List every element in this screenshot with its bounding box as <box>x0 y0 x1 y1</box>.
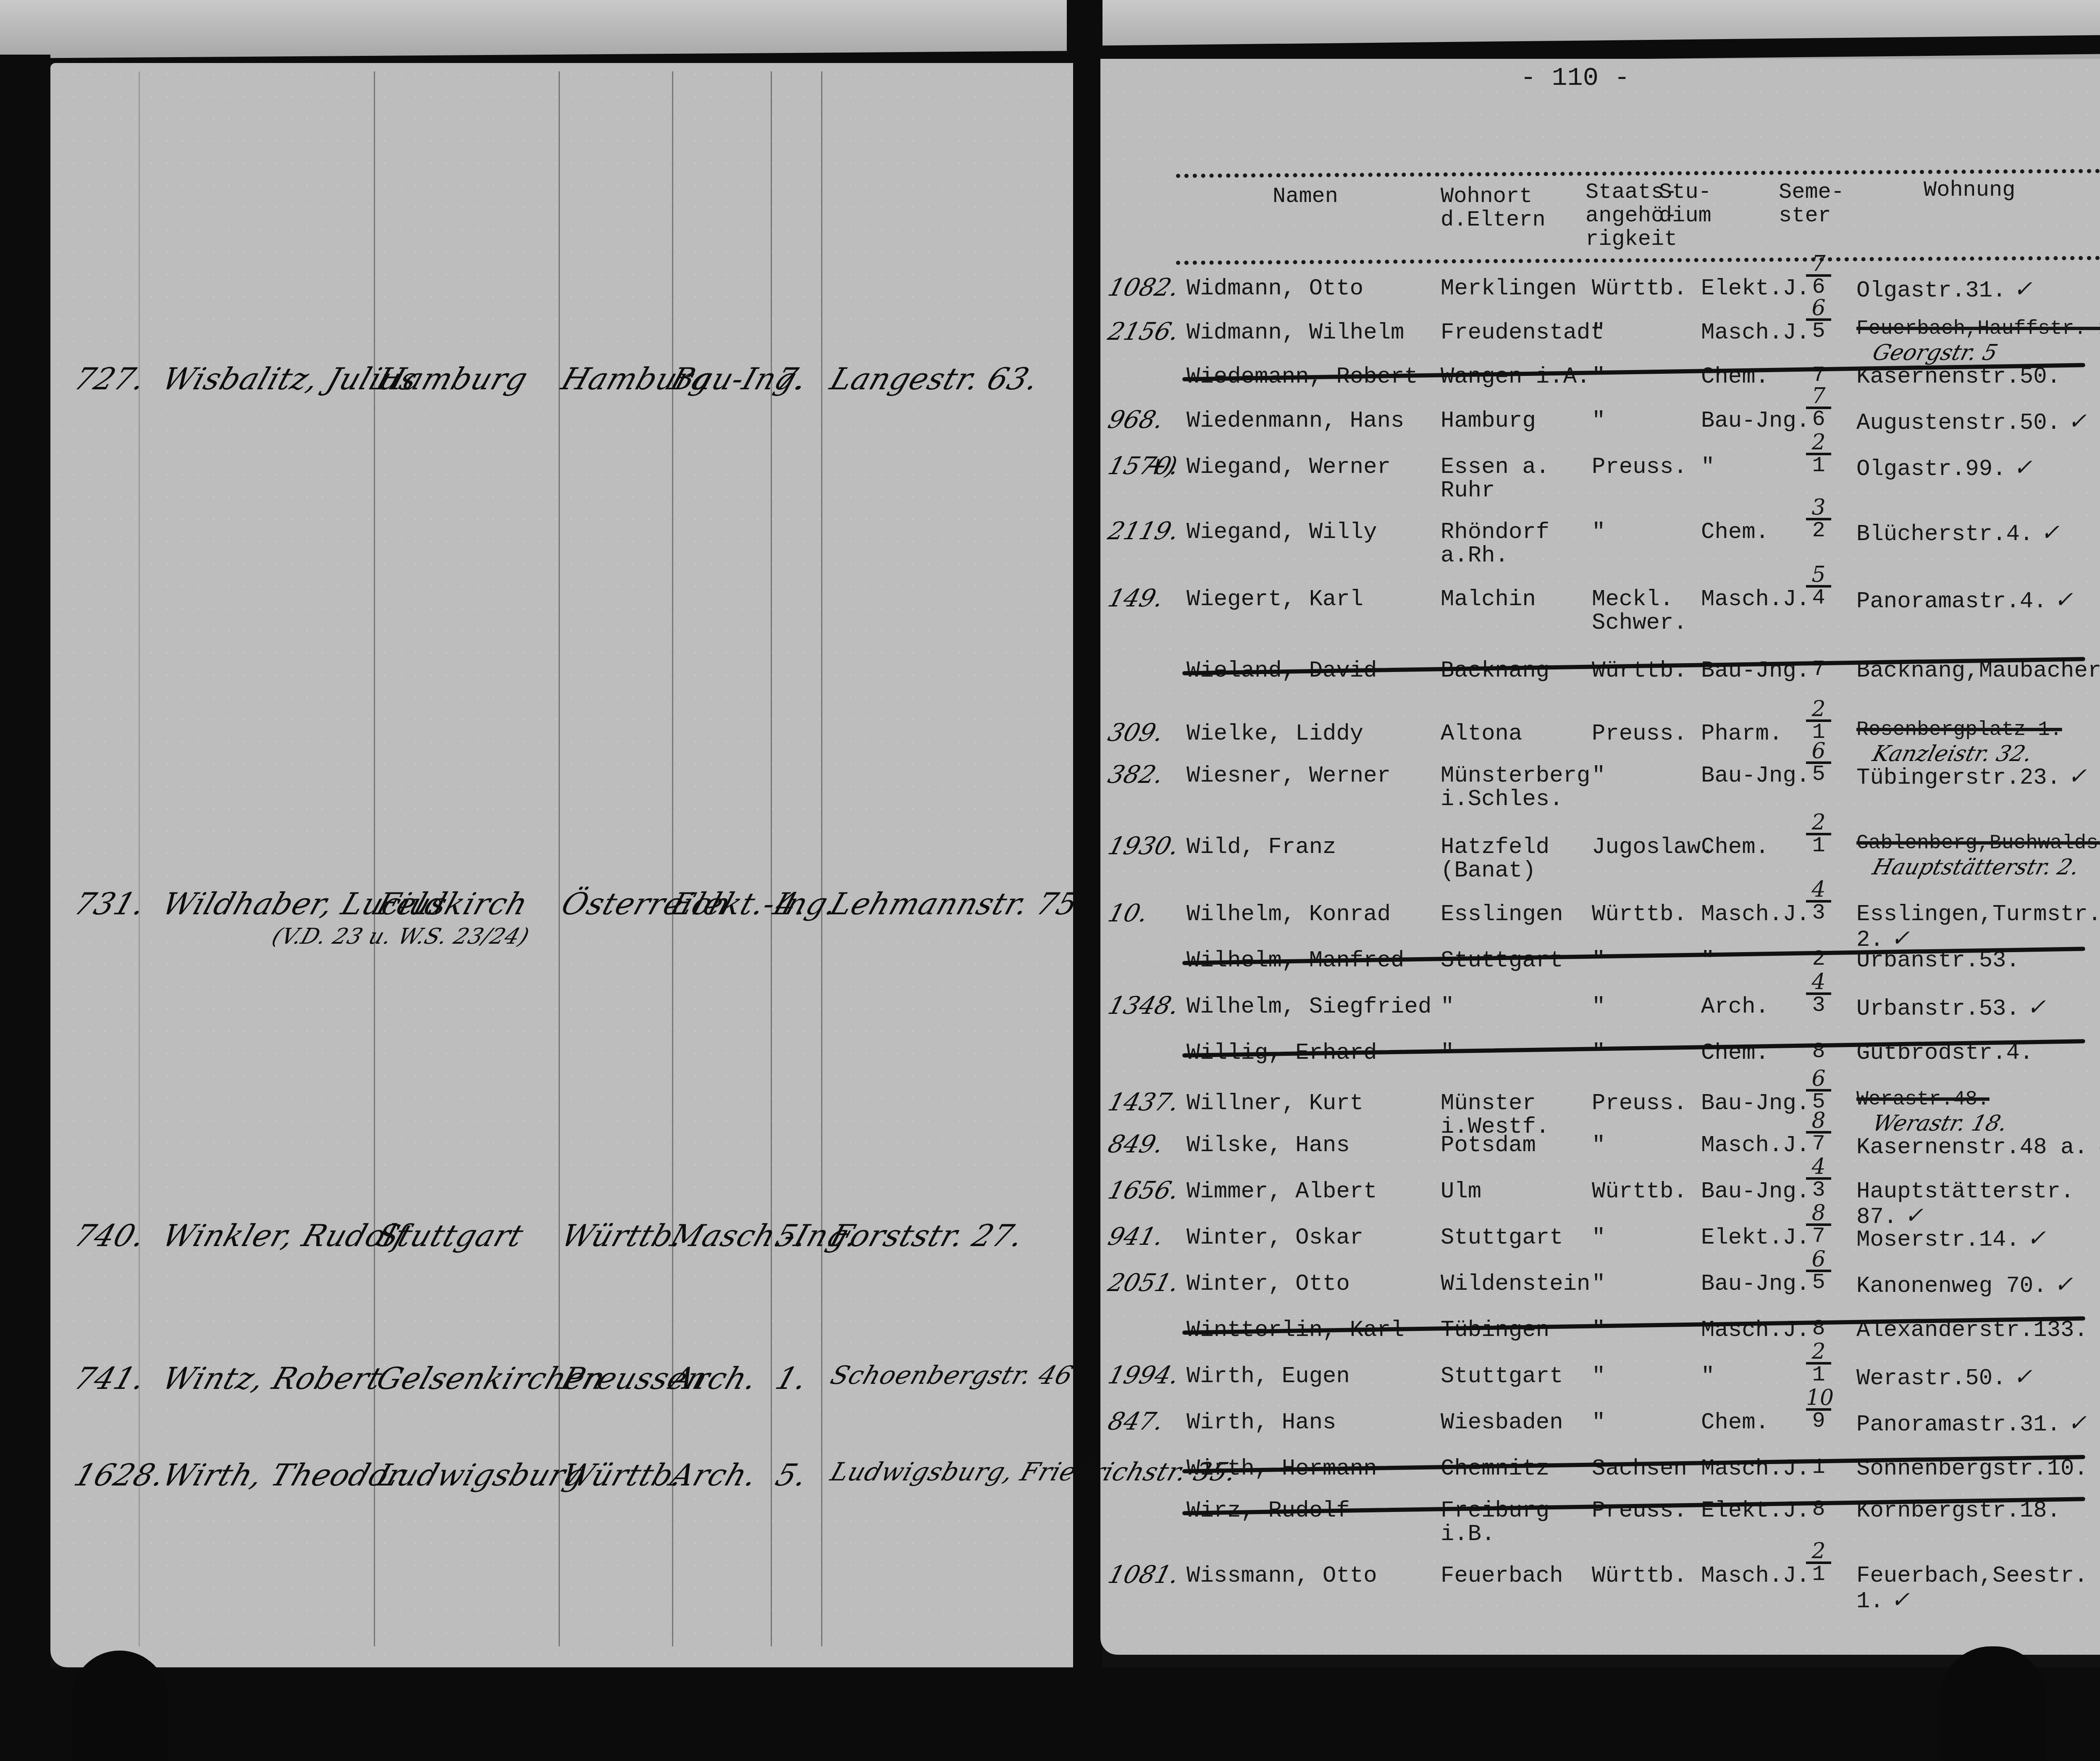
handwritten-name: Wirth, Theodor <box>158 1457 409 1493</box>
student-name: Wirth, Eugen <box>1186 1365 1350 1388</box>
student-name: Winter, Otto <box>1186 1273 1350 1296</box>
column-rule <box>139 71 140 1646</box>
semester-current: 8 <box>1806 1111 1831 1130</box>
citizenship: Meckl. Schwer. <box>1592 588 1687 635</box>
semester-current <box>1806 1018 1831 1038</box>
student-name: Wimmer, Albert <box>1186 1180 1377 1204</box>
thumb-right <box>1940 1646 2045 1761</box>
handwritten-origin: Feldkirch <box>372 886 533 921</box>
student-name: Wiesner, Werner <box>1186 764 1391 788</box>
student-name: Widmann, Wilhelm <box>1186 321 1404 345</box>
handwritten-residence: Lehmannstr. 75 <box>826 886 1083 921</box>
parents-residence: Rhöndorf a.Rh. <box>1441 521 1549 568</box>
semester-count: 21 <box>1806 1342 1831 1385</box>
semester-count: 43 <box>1806 880 1831 923</box>
residence: Panoramastr.4. ✓ <box>1856 588 2073 614</box>
parents-residence: Münster i.Westf. <box>1441 1092 1549 1139</box>
matriculation-number: 2051. <box>1105 1268 1182 1297</box>
field-of-study: Bau-Jng. <box>1701 764 1810 788</box>
citizenship: Jugoslaw. <box>1592 836 1714 859</box>
handwritten-note: (V.D. 23 u. W.S. 23/24) <box>269 924 533 949</box>
matriculation-number: 1348. <box>1105 991 1182 1020</box>
citizenship: " <box>1592 995 1605 1019</box>
student-name: Winter, Oskar <box>1186 1226 1363 1250</box>
semester-previous: 8 <box>1812 1039 1825 1064</box>
matriculation-number: 968. <box>1105 405 1167 434</box>
handwritten-no: 731. <box>70 886 150 921</box>
parents-residence: Chemnitz <box>1441 1457 1549 1481</box>
field-of-study: Bau-Jng. <box>1701 1273 1810 1296</box>
semester-current: 2 <box>1806 1342 1831 1361</box>
matriculation-number: 1930. <box>1105 832 1182 860</box>
semester-current: 7 <box>1806 386 1831 406</box>
semester-current <box>1806 1476 1831 1496</box>
student-name: Wild, Franz <box>1186 836 1336 859</box>
column-rule <box>821 71 822 1646</box>
semester-count: 1 <box>1806 1434 1831 1477</box>
semester-count: 7 <box>1806 636 1831 679</box>
semester-count: 32 <box>1806 498 1831 541</box>
residence: Hauptstätterstr. 87. ✓ <box>1856 1180 2074 1229</box>
matriculation-number: 309. <box>1105 718 1167 747</box>
semester-count: 109 <box>1806 1388 1831 1431</box>
semester-current: 3 <box>1806 498 1831 517</box>
parents-residence: Stuttgart <box>1441 949 1563 973</box>
parents-residence: Wangen i.A. <box>1441 365 1590 389</box>
matriculation-number: 1994. <box>1105 1361 1182 1389</box>
citizenship: Württb. <box>1592 903 1687 926</box>
previous-residence: Feuerbach,Hauffstr. 14. <box>1856 317 2100 341</box>
field-of-study: " <box>1701 456 1714 479</box>
residence: Kanonenweg 70. ✓ <box>1856 1273 2073 1298</box>
matriculation-number: 1656. <box>1105 1176 1182 1205</box>
matriculation-number: 849. <box>1105 1130 1167 1158</box>
semester-current: 6 <box>1806 741 1831 761</box>
verified-check-icon: ✓ <box>2088 1132 2100 1159</box>
citizenship: " <box>1592 1042 1605 1065</box>
handwritten-origin: Hamburg <box>372 361 532 396</box>
parents-residence: Freudenstadt <box>1441 321 1604 345</box>
student-name: Wiegand, Werner <box>1186 456 1391 479</box>
semester-previous: 9 <box>1812 1409 1825 1433</box>
citizenship: Württb. <box>1592 1564 1687 1588</box>
verified-check-icon: ✓ <box>1884 925 1910 951</box>
parents-residence: Potsdam <box>1441 1134 1536 1157</box>
field-of-study: Masch.J. <box>1701 1134 1810 1157</box>
matriculation-number: 10. <box>1105 899 1151 927</box>
semester-count: 65 <box>1806 1249 1831 1292</box>
new-residence-handwritten: Werastr. 18. <box>1870 1111 2010 1136</box>
student-name: Wirth, Hans <box>1186 1411 1336 1435</box>
parents-residence: Tübingen <box>1441 1319 1549 1342</box>
semester-previous: 5 <box>1812 1270 1825 1295</box>
field-of-study: Elekt.J. <box>1701 1226 1810 1250</box>
semester-count: 21 <box>1806 1541 1831 1584</box>
citizenship: Preuss. <box>1592 1092 1687 1115</box>
student-name: Widmann, Otto <box>1186 277 1363 301</box>
matriculation-number: 382. <box>1105 760 1167 789</box>
page-number: - 110 - <box>1520 63 1630 93</box>
citizenship: " <box>1592 409 1605 433</box>
citizenship: " <box>1592 1134 1605 1157</box>
residence: Olgastr.31. ✓ <box>1856 277 2032 303</box>
semester-previous: 6 <box>1812 407 1825 432</box>
semester-previous: 2 <box>1812 518 1825 543</box>
parents-residence: " <box>1441 995 1454 1019</box>
parents-residence: Stuttgart <box>1441 1365 1563 1388</box>
field-of-study: Chem. <box>1701 836 1769 859</box>
handwritten-origin: Stuttgart <box>372 1218 528 1253</box>
student-name: Wissmann, Otto <box>1186 1564 1377 1588</box>
parents-residence: Malchin <box>1441 588 1536 611</box>
field-of-study: Bau-Jng. <box>1701 409 1810 433</box>
matriculation-number: 149. <box>1105 584 1167 612</box>
matriculation-number: 847. <box>1105 1407 1167 1436</box>
column-rule <box>559 71 560 1646</box>
residence: Blücherstr.4. ✓ <box>1856 521 2060 546</box>
semester-current <box>1806 1434 1831 1454</box>
semester-current <box>1806 342 1831 362</box>
handwritten-origin: Ludwigsburg <box>372 1457 590 1493</box>
citizenship: Sachsen <box>1592 1457 1687 1481</box>
student-name: Wiedenmann, Hans <box>1186 409 1404 433</box>
semester-count: 43 <box>1806 1157 1831 1200</box>
citizenship: " <box>1592 949 1605 973</box>
handwritten-residence: Ludwigsburg, Friedrichstr. 35. <box>827 1457 1241 1487</box>
semester-current: 5 <box>1806 565 1831 584</box>
semester-count: 43 <box>1806 972 1831 1015</box>
field-of-study: Chem. <box>1701 521 1769 544</box>
semester-count: 2 <box>1806 926 1831 969</box>
parents-residence: Esslingen <box>1441 903 1563 926</box>
verified-check-icon: ✓ <box>2033 519 2059 546</box>
student-name: Wilhelm, Siegfried <box>1186 995 1431 1019</box>
handwritten-residence: Schoenbergstr. 46 <box>827 1361 1077 1390</box>
citizenship: " <box>1592 1365 1605 1388</box>
semester-count: 87 <box>1806 1111 1831 1154</box>
semester-previous: 3 <box>1812 1178 1825 1202</box>
residence: Tübingerstr.23. ✓ <box>1856 764 2087 790</box>
field-of-study: Elekt.J. <box>1701 277 1810 301</box>
semester-count: 8 <box>1806 1296 1831 1338</box>
semester-current: 2 <box>1806 433 1831 452</box>
citizenship: Württb. <box>1592 1180 1687 1204</box>
citizenship: Württb. <box>1592 277 1687 301</box>
citizenship: " <box>1592 764 1605 788</box>
semester-previous: 7 <box>1812 1224 1825 1249</box>
handwritten-residence: Langestr. 63. <box>826 361 1044 396</box>
semester-count: 65 <box>1806 298 1831 341</box>
thumb-left <box>71 1651 168 1761</box>
parents-residence: Hamburg <box>1441 409 1536 433</box>
verified-check-icon: ✓ <box>2061 763 2087 789</box>
semester-count: 7 <box>1806 342 1831 385</box>
semester-current: 2 <box>1806 699 1831 719</box>
parents-residence: Wildenstein <box>1441 1273 1590 1296</box>
citizenship: Preuss. <box>1592 722 1687 746</box>
semester-previous: 3 <box>1812 900 1825 925</box>
field-of-study: Masch.J. <box>1701 1564 1810 1588</box>
semester-count: 76 <box>1806 254 1831 297</box>
semester-count: 8 <box>1806 1476 1831 1519</box>
citizenship: " <box>1592 365 1605 389</box>
semester-current <box>1806 636 1831 656</box>
student-name: Wielke, Liddy <box>1186 722 1363 746</box>
semester-count: 65 <box>1806 741 1831 784</box>
parents-residence: Ulm <box>1441 1180 1481 1204</box>
verified-check-icon: ✓ <box>1897 1202 1923 1228</box>
semester-current <box>1806 1296 1831 1315</box>
citizenship: Preuss. <box>1592 456 1687 479</box>
semester-current: 4 <box>1806 1157 1831 1176</box>
column-rule <box>771 71 772 1646</box>
residence: Urbanstr.53. ✓ <box>1856 995 2046 1021</box>
matriculation-number: 2119. <box>1105 517 1182 545</box>
semester-count: 65 <box>1806 1069 1831 1112</box>
semester-count: 21 <box>1806 433 1831 475</box>
parents-residence: Altona <box>1441 722 1522 746</box>
handwritten-study: Arch. <box>666 1361 762 1396</box>
student-name: Wiegert, Karl <box>1186 588 1363 611</box>
handwritten-no: 1628. <box>70 1457 170 1493</box>
column-header-study: Stu- dium <box>1659 181 1711 228</box>
semester-previous: 1 <box>1812 1562 1825 1587</box>
parents-residence: Feuerbach <box>1441 1564 1563 1588</box>
semester-current: 6 <box>1806 1069 1831 1088</box>
matriculation-number: 1437. <box>1105 1088 1182 1116</box>
previous-residence: Werastr.48. <box>1856 1088 1990 1111</box>
citizenship: " <box>1592 1411 1605 1435</box>
handwritten-no: 741. <box>70 1361 150 1396</box>
citizenship: " <box>1592 1226 1605 1250</box>
parents-residence: Münsterberg i.Schles. <box>1441 764 1590 811</box>
semester-count: 87 <box>1806 1203 1831 1246</box>
parents-residence: Essen a. Ruhr <box>1441 456 1549 503</box>
semester-current: 2 <box>1806 1541 1831 1561</box>
residence: Moserstr.14. ✓ <box>1856 1226 2046 1252</box>
residence: Olgastr.99. ✓ <box>1856 456 2032 481</box>
handwritten-no: 727. <box>70 361 150 396</box>
semester-count: 8 <box>1806 1018 1831 1061</box>
citizenship: " <box>1592 1319 1605 1342</box>
semester-current: 8 <box>1806 1203 1831 1223</box>
matriculation-number: 1081. <box>1105 1560 1182 1589</box>
verified-check-icon: ✓ <box>2020 1225 2046 1251</box>
citizenship: Württb. <box>1592 659 1687 683</box>
parents-residence: Hatzfeld (Banat) <box>1441 836 1549 883</box>
column-rule <box>374 71 375 1646</box>
semester-previous: 1 <box>1812 833 1825 858</box>
semester-previous: 1 <box>1812 1362 1825 1387</box>
field-of-study: Bau-Jng. <box>1701 1180 1810 1204</box>
residence: Feuerbach,Seestr. 1. ✓ <box>1856 1564 2088 1614</box>
semester-count: 21 <box>1806 813 1831 856</box>
semester-count: 76 <box>1806 386 1831 429</box>
semester-previous: 4 <box>1812 585 1825 610</box>
residence: Panoramastr.31. ✓ <box>1856 1411 2087 1437</box>
semester-previous: 8 <box>1812 1497 1825 1522</box>
left-page <box>50 63 1073 1667</box>
residence: Augustenstr.50. ✓ <box>1856 409 2087 435</box>
semester-current: 10 <box>1806 1388 1831 1407</box>
previous-residence: Gablenberg,Buchwaldstr. <box>1856 832 2100 855</box>
field-of-study: Masch.J. <box>1701 321 1810 345</box>
semester-current <box>1806 926 1831 945</box>
column-header-origin: Wohnort d.Eltern <box>1441 185 1546 232</box>
semester-count: 21 <box>1806 699 1831 742</box>
book-edge-left <box>0 55 50 1761</box>
matriculation-number: 1082. <box>1105 273 1182 302</box>
verified-check-icon: ✓ <box>1884 1586 1910 1613</box>
parents-residence: Stuttgart <box>1441 1226 1563 1250</box>
field-of-study: Masch.J. <box>1701 588 1810 611</box>
verified-check-icon: ✓ <box>2020 994 2046 1020</box>
verified-check-icon: ✓ <box>2047 1271 2073 1297</box>
handwritten-name: Wintz, Robert <box>158 1361 387 1396</box>
semester-previous: 7 <box>1812 657 1825 682</box>
verified-check-icon: ✓ <box>2061 1409 2087 1436</box>
column-header-name: Namen <box>1273 185 1338 208</box>
verified-check-icon: ✓ <box>2006 454 2032 480</box>
previous-residence: Rosenbergplatz 1. <box>1856 718 2062 742</box>
parents-residence: Backnang <box>1441 659 1549 683</box>
semester-previous: 5 <box>1812 762 1825 787</box>
citizenship: " <box>1592 1273 1605 1296</box>
column-header-semester: Seme- ster <box>1779 181 1844 228</box>
student-name: Wilhelm, Konrad <box>1186 903 1391 926</box>
column-rule <box>672 71 673 1646</box>
semester-current: 2 <box>1806 813 1831 832</box>
citizenship: Preuss. <box>1592 1499 1687 1523</box>
field-of-study: Pharm. <box>1701 722 1782 746</box>
residence: Kasernenstr.48 a. ✓ <box>1856 1134 2100 1160</box>
field-of-study: " <box>1701 1365 1714 1388</box>
column-header-residence: Wohnung <box>1924 178 2015 202</box>
scan-border-bottom <box>0 1667 2100 1761</box>
student-name: Wilske, Hans <box>1186 1134 1350 1157</box>
field-of-study: Chem. <box>1701 1411 1769 1435</box>
handwritten-residence: Forststr. 27. <box>826 1218 1029 1253</box>
semester-previous: 7 <box>1812 1131 1825 1156</box>
student-name: Willner, Kurt <box>1186 1092 1363 1115</box>
citizenship: " <box>1592 521 1605 544</box>
handwritten-study: Arch. <box>666 1457 762 1493</box>
parents-residence: Wiesbaden <box>1441 1411 1563 1435</box>
handwritten-no: 740. <box>70 1218 150 1253</box>
semester-previous: 3 <box>1812 993 1825 1018</box>
verified-check-icon: ✓ <box>2061 408 2087 434</box>
matriculation-number: 2156. <box>1105 317 1182 346</box>
semester-current: 4 <box>1806 880 1831 899</box>
matriculation-number: 941. <box>1105 1222 1167 1251</box>
semester-previous: 1 <box>1812 453 1825 478</box>
verified-check-icon: ✓ <box>2047 586 2073 613</box>
student-name: Wiegand, Willy <box>1186 521 1377 544</box>
handwritten-study: Elekt.-Ing. <box>666 886 843 921</box>
semester-current: 4 <box>1806 972 1831 992</box>
residence: Werastr.50. ✓ <box>1856 1365 2032 1391</box>
semester-current: 7 <box>1806 254 1831 273</box>
field-of-study: Bau-Jng. <box>1701 1092 1810 1115</box>
semester-previous: 2 <box>1812 947 1825 971</box>
semester-current: 6 <box>1806 298 1831 318</box>
new-residence-handwritten: Kanzleistr. 32. <box>1870 741 2035 766</box>
verified-check-icon: ✓ <box>2006 276 2032 302</box>
new-residence-handwritten: Georgstr. 5 <box>1870 340 2000 365</box>
citizenship: " <box>1592 321 1605 345</box>
field-of-study: Masch.J. <box>1701 903 1810 926</box>
new-residence-handwritten: Hauptstätterstr. 2. <box>1870 855 2082 880</box>
verified-check-icon: ✓ <box>2006 1363 2032 1390</box>
semester-count: 54 <box>1806 565 1831 608</box>
residence: Esslingen,Turmstr. 2. ✓ <box>1856 903 2100 952</box>
semester-current: 6 <box>1806 1249 1831 1269</box>
parents-residence: Merklingen <box>1441 277 1577 301</box>
field-of-study: Arch. <box>1701 995 1769 1019</box>
semester-previous: 8 <box>1812 1316 1825 1341</box>
